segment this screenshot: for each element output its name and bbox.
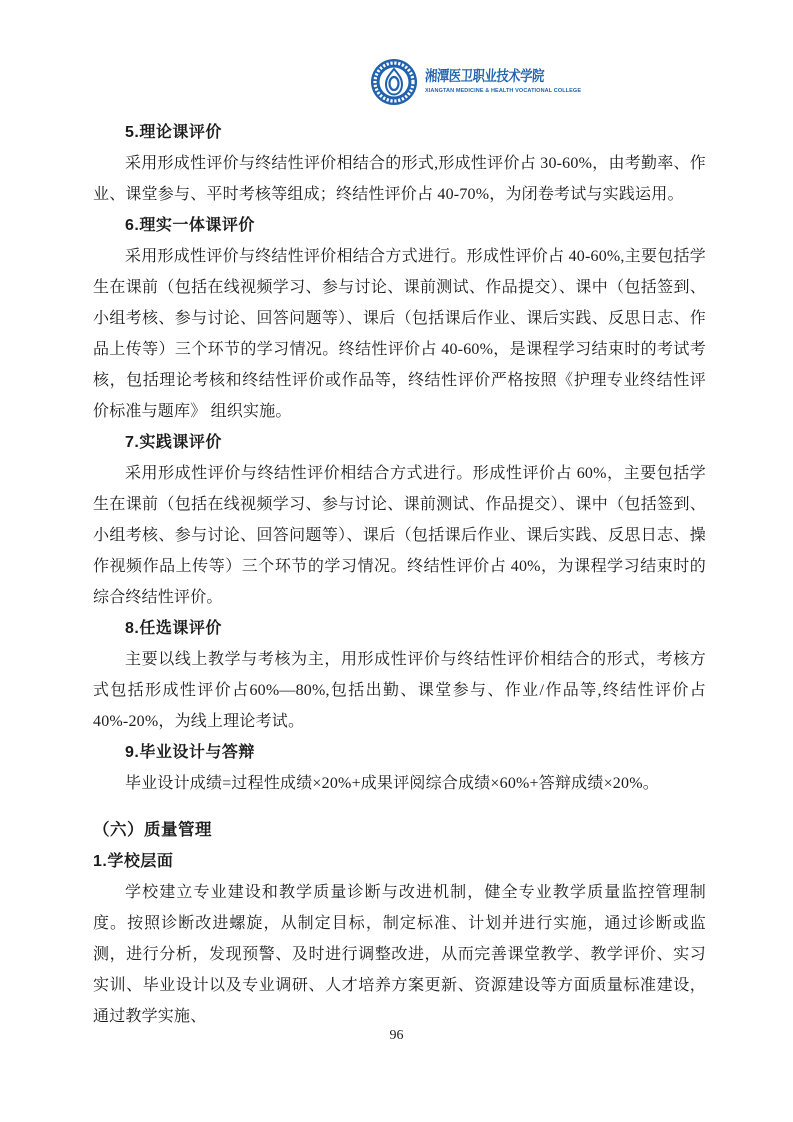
document-page: 湘潭医卫职业技术学院 XIANGTAN MEDICINE & HEALTH VO… [0,0,793,1122]
college-name-zh: 湘潭医卫职业技术学院 [425,67,659,87]
subsection-heading: 1.学校层面 [93,846,706,877]
page-number: 96 [0,1028,793,1044]
chapter-heading: （六）质量管理 [93,815,706,846]
section-body-9: 毕业设计成绩=过程性成绩×20%+成果评阅综合成绩×60%+答辩成绩×20%。 [93,768,706,799]
section-heading-9: 9.毕业设计与答辩 [93,737,706,768]
section-heading-6: 6.理实一体课评价 [93,210,706,241]
college-logo-text: 湘潭医卫职业技术学院 XIANGTAN MEDICINE & HEALTH VO… [425,67,709,98]
document-content: 5.理论课评价 采用形成性评价与终结性评价相结合的形式,形成性评价占 30-60… [93,117,706,1032]
section-body-6: 采用形成性评价与终结性评价相结合方式进行。形成性评价占 40-60%,主要包括学… [93,241,706,427]
college-emblem-icon [370,58,418,106]
section-body-7: 采用形成性评价与终结性评价相结合方式进行。形成性评价占 60%，主要包括学生在课… [93,458,706,613]
section-body-8: 主要以线上教学与考核为主，用形成性评价与终结性评价相结合的形式，考核方式包括形成… [93,644,706,737]
college-name-en: XIANGTAN MEDICINE & HEALTH VOCATIONAL CO… [425,88,581,94]
section-heading-8: 8.任选课评价 [93,613,706,644]
section-heading-5: 5.理论课评价 [93,117,706,148]
college-logo: 湘潭医卫职业技术学院 XIANGTAN MEDICINE & HEALTH VO… [370,58,709,106]
section-body-5: 采用形成性评价与终结性评价相结合的形式,形成性评价占 30-60%，由考勤率、作… [93,148,706,210]
section-heading-7: 7.实践课评价 [93,427,706,458]
subsection-body: 学校建立专业建设和教学质量诊断与改进机制，健全专业教学质量监控管理制度。按照诊断… [93,877,706,1032]
